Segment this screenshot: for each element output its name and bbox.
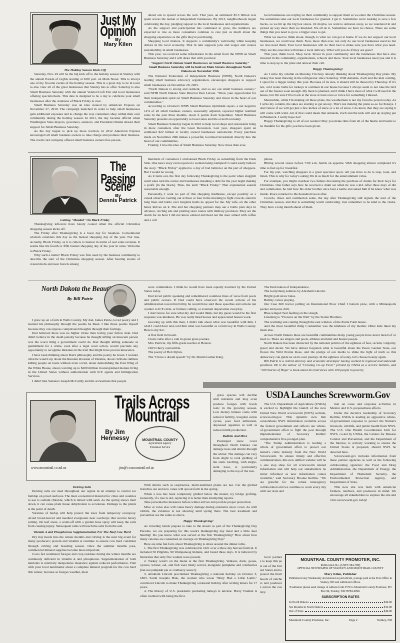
paragraph: The Friday after Thanksgiving is a boon … <box>30 231 140 253</box>
paragraph: The National Federation of Independent B… <box>144 74 256 87</box>
paragraph: What we need to think about, though, is … <box>260 35 396 52</box>
paragraph: Bill Patrie is a retired attorney and ec… <box>260 359 396 372</box>
article-column: hundreds of customers I envisioned Black… <box>144 157 256 278</box>
byline-author: Hennessy <box>97 436 133 442</box>
paragraph: Dad believed there was no higher virtue … <box>28 331 138 353</box>
paragraph: Saturday, Nov. 29 will be the big kick o… <box>30 72 140 102</box>
paragraph: Hitting several stores before 7:00 a.m. … <box>260 161 396 170</box>
article-column-narrow: local partners to keep this pest out of … <box>260 555 282 640</box>
rate-price: $49.00 <box>384 609 392 613</box>
just-my-opinion-header-block: Just My Opinion By Mary Kilen <box>30 12 142 65</box>
subscription-rate-row: Out of State$49.00 <box>289 609 392 613</box>
rate-label: Out of State <box>289 609 304 613</box>
paragraph: As traveling bands prepare to take to th… <box>140 524 257 541</box>
paragraph: I grew up on a farm in Wells County. My … <box>28 318 138 331</box>
paragraph: Small Business Saturday was an idea crea… <box>30 103 140 129</box>
article-column: The Holiday Season Kicks OffSaturday, No… <box>30 66 140 151</box>
paragraph: For my part, watching shoppers is a grea… <box>260 170 396 179</box>
paragraph: The "I have a dream speech" by Dr. Marti… <box>144 355 256 359</box>
masthead-published-line: Published every Wednesday and entered as… <box>289 577 392 585</box>
paragraph: 4. The history of U.S. presidents pardon… <box>140 589 257 598</box>
paragraph: Happy Thanksgiving to all of our readers… <box>260 119 396 128</box>
portrait-woman-graphic <box>33 15 97 63</box>
masthead-official-line: OFFICIAL NEWSPAPER OF STANLEY AND MOUNTR… <box>289 567 392 571</box>
paragraph: Growing up with this man, I didn't talk … <box>144 320 256 333</box>
sub-heading: Vitamin A and Phosphorous Supplementatio… <box>28 530 136 534</box>
article-column: The U.S. Department of Agriculture (USDA… <box>260 402 326 552</box>
footer-city: Stanley, ND <box>377 618 392 622</box>
sub-heading: Deicing Salts <box>28 485 136 489</box>
paragraph: hundreds of customers I envisioned Black… <box>144 157 256 174</box>
paragraph: Under the decisive leadership of Secreta… <box>330 411 396 454</box>
paragraph: Why such a name? Black Friday was first … <box>30 253 140 266</box>
paragraph: Thanksgiving leftovers have barely coole… <box>30 222 140 231</box>
article-column: phone.Hitting several stores before 7:00… <box>260 157 396 278</box>
paragraph: "The Trump Administration is leading a w… <box>260 441 326 493</box>
jim-hennessy-headshot-photo <box>30 400 96 462</box>
paragraph: This year, think local. Shop local. Inve… <box>260 52 396 65</box>
paragraph: Deicing salts are used throughout our re… <box>28 489 136 511</box>
sub-heading: Happy Thanksgiving! <box>140 519 257 523</box>
paragraph: Small Business Saturday will be held on … <box>144 65 256 74</box>
paragraph: Frankly, I love the idea of Small Busine… <box>144 143 256 147</box>
article-column: With shrubs such as raspberries, multi-s… <box>140 483 257 640</box>
section-divider-bar <box>203 382 396 388</box>
paragraph: Meanwhile, while I'm making all these pl… <box>260 98 396 120</box>
dennis-patrick-headshot-photo <box>32 158 98 214</box>
subscription-rate-row: In North Dakota$40.00 <box>289 600 392 604</box>
footer-page-number: Page 2 <box>349 618 357 622</box>
masthead-postmaster-line: Postmaster please send change of address… <box>289 586 392 594</box>
sub-heading: Rabbits And Mice <box>213 434 257 438</box>
masthead-paper-name: MOUNTRAIL COUNTY PROMOTER, INC. <box>289 557 392 563</box>
section-divider <box>28 152 396 153</box>
paragraph: Small Business Saturday began in 2010 to… <box>144 122 256 144</box>
paragraph: For example, you might overhear two fath… <box>260 179 396 196</box>
paragraph: With shrubs such as raspberries, multi-s… <box>140 483 257 492</box>
mary-kilen-headshot-photo <box>32 14 98 64</box>
dotted-leader <box>305 611 383 612</box>
article-title-line2: Mountrail <box>103 409 202 426</box>
sub-heading: Happy Thanksgiving! <box>260 67 396 71</box>
paragraph: tion on cases and response activities in… <box>330 402 396 411</box>
paragraph: alized ads to spread across the web. Tha… <box>144 13 256 26</box>
logo-sub2: Extension Service <box>150 446 170 449</box>
dotted-leader <box>310 602 383 603</box>
paragraph: Crowds, chaos and commotion aside, the d… <box>260 196 396 209</box>
article-column: were communists. I think he would have b… <box>144 285 256 384</box>
paragraph: According to October's NFIB Small Busine… <box>144 104 256 121</box>
paragraph: As the day began to pick up more tractio… <box>30 129 140 142</box>
article-column-narrow: grass species will decline with nutrient… <box>213 393 257 478</box>
paragraph: Cows fed weathered forages and crop resi… <box>28 552 136 574</box>
paragraph: Personally, I want no part of this shopp… <box>144 192 256 222</box>
newspaper-page: Just My Opinion By Mary Kilen The Holida… <box>0 0 400 643</box>
paragraph: Prolonged snow cover throughout North Da… <box>213 439 257 474</box>
subscription-rates-list: In North Dakota$40.00Six Months in North… <box>289 600 392 613</box>
usda-article-title: USDA Launches Screwworm.Gov <box>260 390 396 400</box>
byline-author: Mary Kilen <box>96 42 140 48</box>
article-column: Deicing SaltsDeicing salts are used thro… <box>28 483 136 640</box>
paragraph: I didn't like Senators Joseph McCarthy a… <box>28 379 138 383</box>
paragraph: Our Case 660 tractor pulling an Internat… <box>260 302 396 311</box>
email-text: jim@co.mountrail.nd.us <box>119 466 154 470</box>
passing-scene-header-block: The Passing Scene By Dennis Patrick <box>30 156 142 215</box>
subscription-rate-row: Six Months in North Dakota$32.00 <box>289 605 392 609</box>
article-column: tion on cases and response activities in… <box>330 402 396 552</box>
paragraph: local partners to keep this pest out of … <box>260 555 282 594</box>
masthead-box: MOUNTRAIL COUNTY PROMOTER, INC. Publicat… <box>285 554 396 641</box>
rate-label: Six Months in North Dakota <box>289 605 323 609</box>
paragraph: The U.S. Department of Agriculture (USDA… <box>260 402 326 441</box>
article-column: I grew up on a farm in Wells County. My … <box>28 318 138 384</box>
paragraph: As the support and participation has con… <box>144 26 256 39</box>
paragraph: This year, we received some information … <box>144 52 256 61</box>
paragraph: "North Dakota is strong and resilient, a… <box>144 87 256 104</box>
paragraph: I have been thinking about Dad's philoso… <box>28 353 138 379</box>
section-divider <box>28 280 396 281</box>
paragraph: Dry hay heads into the winter months and… <box>28 535 136 552</box>
paragraph: 1. The first Thanksgiving was celebrated… <box>140 546 257 559</box>
sub-heading: Getting "Mauled" On Black Friday <box>30 218 140 222</box>
byline-author: Dennis Patrick <box>96 198 140 204</box>
portrait-oval-graphic <box>105 285 135 316</box>
article-column: alized ads to spread across the web. Tha… <box>144 13 256 150</box>
portrait-man-graphic <box>31 401 95 461</box>
paragraph: Varieties of burlap will help protect th… <box>28 511 136 528</box>
paragraph: Dad loved public speaking and remembered… <box>144 294 256 311</box>
website-text: www.mountrail.co.nd.us <box>31 466 66 470</box>
paragraph: 3. Abraham Lincoln proclaimed Thanksgivi… <box>140 572 257 589</box>
paragraph: As I write my column on Monday, I'm busy… <box>260 72 396 98</box>
trails-header-block: Trails Across Mountrail By Jim Hennessy … <box>26 392 211 481</box>
article-title-line2: Scene <box>99 181 138 194</box>
paragraph: 2. Turkey wasn't on the menu at the firs… <box>140 559 257 572</box>
portrait-man-graphic <box>33 159 97 213</box>
dotted-leader <box>324 607 383 608</box>
rate-price: $40.00 <box>384 600 392 604</box>
footer-paper-name: Mountrail County Promoter, Inc. <box>289 618 330 622</box>
paragraph: Mice or voles also will cause heavy dama… <box>140 505 257 518</box>
mountrail-county-logo: MOUNTRAIL COUNTY Agricultural Agency Ext… <box>135 426 185 461</box>
paragraph: local businesses are relying on their co… <box>260 13 396 35</box>
paragraph: Across North Dakota there are beautiful … <box>260 333 396 342</box>
rate-label: In North Dakota <box>289 600 309 604</box>
paragraph: North Dakota has been distracted by the … <box>260 341 396 358</box>
paragraph: grass species will decline with nutrient… <box>213 393 257 432</box>
paragraph: were communists. I think he would have b… <box>144 285 256 294</box>
article-column: The Declaration of Independence.The Gett… <box>260 285 396 384</box>
paragraph: Shopping local matters. It supports a co… <box>144 39 256 52</box>
paragraph: Screwworm.gov includes information from … <box>330 454 396 484</box>
article-column: local businesses are relying on their co… <box>260 13 396 150</box>
paragraph: When a tree has been completely girdled … <box>140 492 257 501</box>
masthead-footer-row: Mountrail County Promoter, Inc. Page 2 S… <box>289 615 392 621</box>
paragraph: And the most beautiful thing I remember … <box>260 324 396 333</box>
article-column: Getting "Mauled" On Black FridayThanksgi… <box>30 216 140 278</box>
paragraph: This new site was built with American fa… <box>330 485 396 502</box>
paragraph: As it turns out, the first day following… <box>144 174 256 191</box>
subscription-rates-title: SUBSCRIPTION RATES <box>289 595 392 600</box>
rate-price: $32.00 <box>384 605 392 609</box>
article-title-line2: Opinion <box>99 26 138 39</box>
bill-patrie-headshot-photo <box>104 284 136 317</box>
sub-heading: The Holiday Season Kicks Off <box>30 68 140 72</box>
paragraph: I don't know for sure what my dad would … <box>144 311 256 320</box>
